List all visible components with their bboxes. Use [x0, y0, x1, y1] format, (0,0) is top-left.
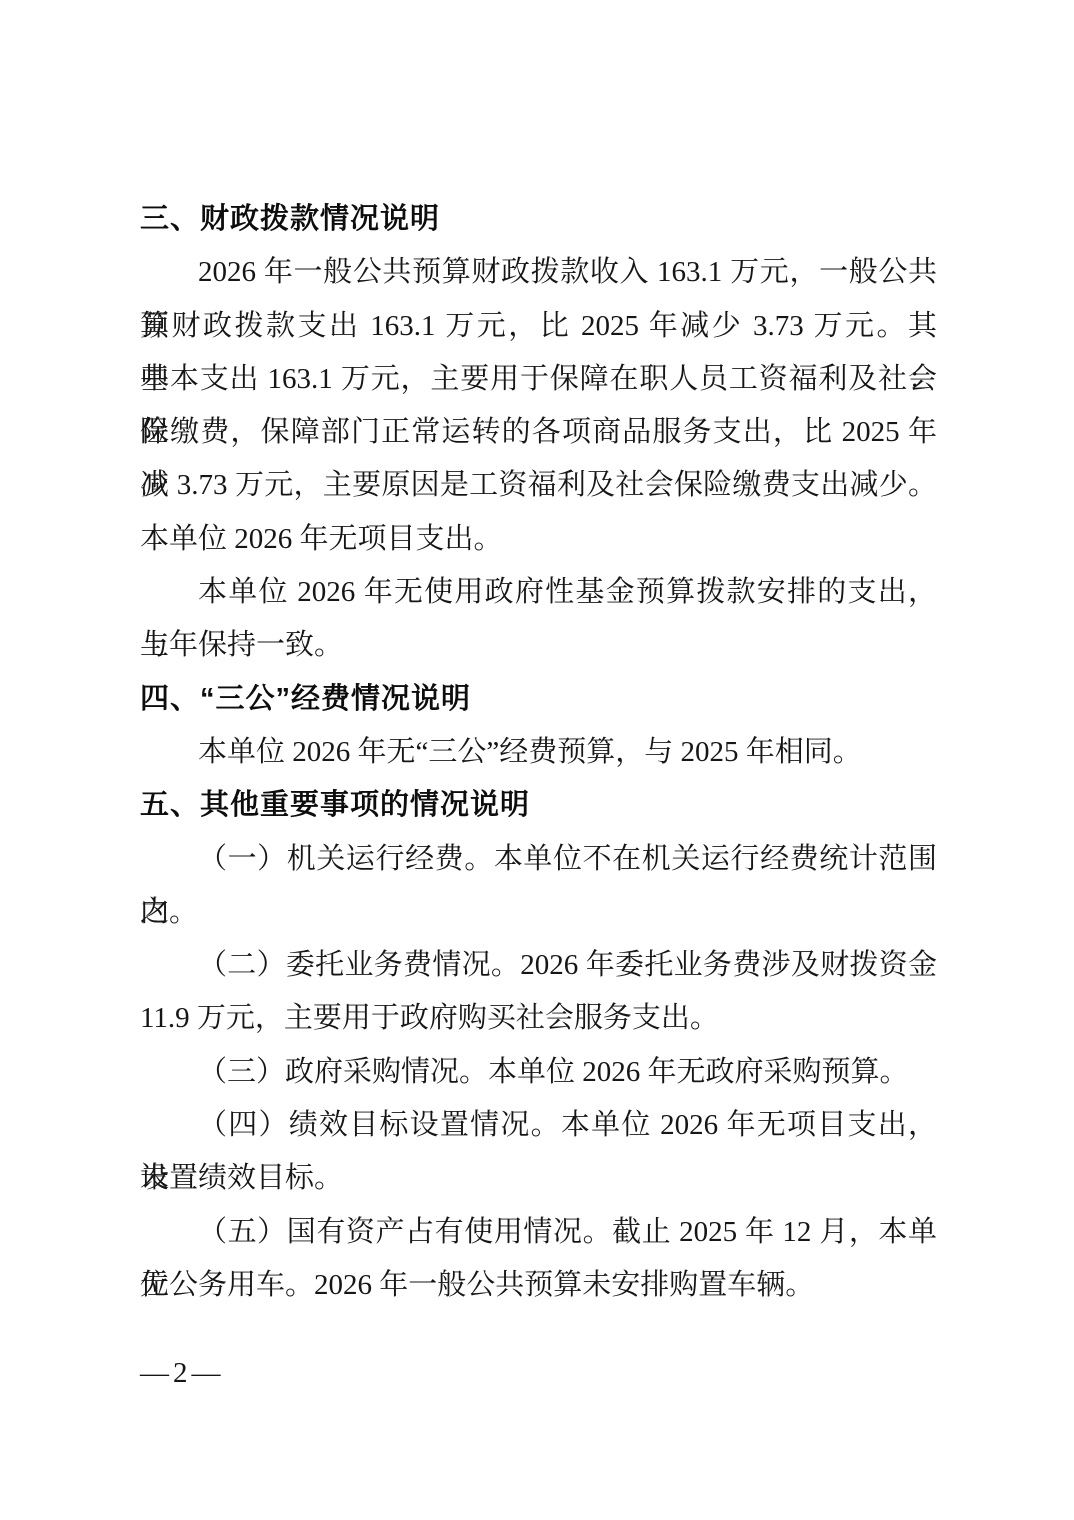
- text-line: 本单位 2026 年无使用政府性基金预算拨款安排的支出，与: [140, 566, 937, 619]
- text-line: （三）政府采购情况。本单位 2026 年无政府采购预算。: [140, 1046, 937, 1099]
- document-body: 三、财政拨款情况说明 2026 年一般公共预算财政拨款收入 163.1 万元，一…: [140, 193, 937, 1312]
- section-heading-4: 四、“三公”经费情况说明: [140, 673, 937, 726]
- text-line: 2026 年一般公共预算财政拨款收入 163.1 万元，一般公共预: [140, 246, 937, 299]
- text-line: 11.9 万元，主要用于政府购买社会服务支出。: [140, 992, 937, 1045]
- text-line: 本单位 2026 年无项目支出。: [140, 513, 937, 566]
- text-line: 基本支出 163.1 万元，主要用于保障在职人员工资福利及社会保: [140, 353, 937, 406]
- text-line: 无公务用车。2026 年一般公共预算未安排购置车辆。: [140, 1259, 937, 1312]
- page-number: —2—: [140, 1347, 225, 1400]
- text-line: 上年保持一致。: [140, 619, 937, 672]
- text-line: （五）国有资产占有使用情况。截止 2025 年 12 月，本单位: [140, 1206, 937, 1259]
- text-line: （二）委托业务费情况。2026 年委托业务费涉及财拨资金: [140, 939, 937, 992]
- text-line: 算财政拨款支出 163.1 万元，比 2025 年减少 3.73 万元。其中：: [140, 300, 937, 353]
- section-heading-3: 三、财政拨款情况说明: [140, 193, 937, 246]
- text-line: 险缴费，保障部门正常运转的各项商品服务支出，比 2025 年减: [140, 406, 937, 459]
- text-line: （四）绩效目标设置情况。本单位 2026 年无项目支出，未: [140, 1099, 937, 1152]
- text-line: 少 3.73 万元，主要原因是工资福利及社会保险缴费支出减少。: [140, 459, 937, 512]
- section-heading-5: 五、其他重要事项的情况说明: [140, 779, 937, 832]
- text-line: 内。: [140, 886, 937, 939]
- text-line: 本单位 2026 年无“三公”经费预算，与 2025 年相同。: [140, 726, 937, 779]
- document-page: 三、财政拨款情况说明 2026 年一般公共预算财政拨款收入 163.1 万元，一…: [0, 0, 1074, 1520]
- text-line: （一）机关运行经费。本单位不在机关运行经费统计范围之: [140, 833, 937, 886]
- text-line: 设置绩效目标。: [140, 1152, 937, 1205]
